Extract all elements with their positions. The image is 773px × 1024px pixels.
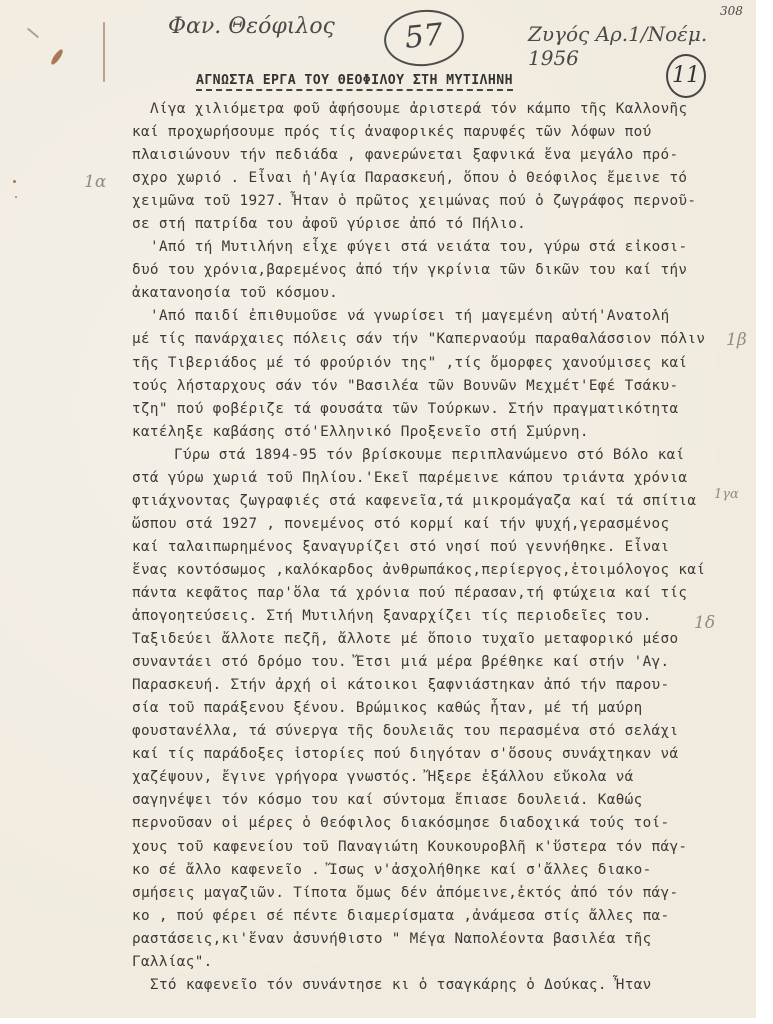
text-line: καί τίς παράδοξες ἱστορίες πού διηγόταν … bbox=[132, 743, 732, 766]
text-line: Παρασκευή. Στήν ἀρχή οἱ κάτοικοι ξαφνιάσ… bbox=[132, 674, 732, 697]
handwritten-source-note: Ζυγός Αρ.1/Νοέμ. 1956 bbox=[528, 22, 756, 70]
punch-mark bbox=[103, 22, 105, 82]
rust-stain bbox=[49, 48, 64, 66]
text-line: περνοῦσαν οἱ μέρες ὁ Θεόφιλος διακόσμησε… bbox=[132, 812, 732, 835]
text-line: κατέληξε καβάσης στό'Ελληνικό Προξενεῖο … bbox=[132, 421, 732, 444]
text-line: κο σέ ἄλλο καφενεῖο . Ἴσως ν'ἀσχολήθηκε … bbox=[132, 859, 732, 882]
text-line: Γαλλίας". bbox=[132, 951, 732, 974]
text-line: Στό καφενεῖο τόν συνάντησε κι ὁ τσαγκάρη… bbox=[132, 974, 732, 997]
handwritten-folio-number: 308 bbox=[720, 4, 743, 18]
rust-dot bbox=[15, 196, 17, 198]
text-line: Ταξιδεύει ἄλλοτε πεζῆ, ἄλλοτε μέ ὅποιο τ… bbox=[132, 628, 732, 651]
document-page: Φαν. Θεόφιλος 57 Ζυγός Αρ.1/Νοέμ. 1956 3… bbox=[0, 0, 756, 1018]
text-line: χαζέψουν, ἔγινε γρήγορα γνωστός. Ἤξερε ἐ… bbox=[132, 766, 732, 789]
text-line: ἕνας κοντόσωμος ,καλόκαρδος ἀνθρωπάκος,π… bbox=[132, 559, 732, 582]
punch-mark bbox=[27, 28, 39, 39]
margin-note: 1α bbox=[84, 172, 106, 192]
text-line: καί προχωρήσουμε πρός τίς ἀναφορικές παρ… bbox=[132, 121, 732, 144]
text-line: δυό του χρόνια,βαρεμένος ἀπό τήν γκρίνια… bbox=[132, 259, 732, 282]
handwritten-author-note: Φαν. Θεόφιλος bbox=[168, 14, 335, 39]
text-line: τζη" πού φοβέριζε τά φουσάτα τῶν Τούρκων… bbox=[132, 398, 732, 421]
handwritten-item-number: 57 bbox=[381, 6, 466, 70]
text-line: μέ τίς πανάρχαιες πόλεις σάν τήν "Καπερν… bbox=[132, 328, 732, 351]
document-title: ΑΓΝΩΣΤΑ ΕΡΓΑ ΤΟΥ ΘΕΟΦΙΛΟΥ ΣΤΗ ΜΥΤΙΛΗΝΗ bbox=[196, 73, 513, 91]
text-line: ἀπογοητεύσεις. Στή Μυτιλήνη ξαναρχίζει τ… bbox=[132, 605, 732, 628]
text-line: 'Από τή Μυτιλήνη εἶχε φύγει στά νειάτα τ… bbox=[132, 236, 732, 259]
text-line: σαγηνέψει τόν κόσμο του καί σύντομα ἔπια… bbox=[132, 789, 732, 812]
text-line: σμήσεις μαγαζιῶν. Τίποτα ὅμως δέν ἀπόμει… bbox=[132, 882, 732, 905]
text-line: χειμῶνα τοῦ 1927. Ἦταν ὁ πρῶτος χειμώνας… bbox=[132, 190, 732, 213]
text-line: πάντα κεφᾶτος παρ'ὅλα τά χρόνια πού πέρα… bbox=[132, 582, 732, 605]
rust-dot bbox=[13, 180, 16, 183]
text-line: σχρο χωριό . Εἶναι ἡ'Αγία Παρασκευή, ὅπο… bbox=[132, 167, 732, 190]
handwritten-page-number: 11 bbox=[666, 54, 706, 98]
text-line: ὥσπου στά 1927 , πονεμένος στό κορμί καί… bbox=[132, 513, 732, 536]
text-line: συναντάει στό δρόμο του. Ἔτσι μιά μέρα β… bbox=[132, 651, 732, 674]
text-line: χους τοῦ καφενείου τοῦ Παναγιώτη Κουκουρ… bbox=[132, 836, 732, 859]
text-line: πλαισιώνουν τήν πεδιάδα , φανερώνεται ξα… bbox=[132, 144, 732, 167]
text-line: 'Από παιδί ἐπιθυμοῦσε νά γνωρίσει τή μαγ… bbox=[132, 305, 732, 328]
text-line: φουστανέλλα, τά σύνεργα τῆς δουλειᾶς του… bbox=[132, 720, 732, 743]
text-line: ἀκατανοησία τοῦ κόσμου. bbox=[132, 282, 732, 305]
text-line: Λίγα χιλιόμετρα φοῦ ἀφήσουμε ἀριστερά τό… bbox=[132, 98, 732, 121]
text-line: σία τοῦ παράξενου ξένου. Βρώμικος καθώς … bbox=[132, 697, 732, 720]
document-body: Λίγα χιλιόμετρα φοῦ ἀφήσουμε ἀριστερά τό… bbox=[132, 98, 732, 997]
text-line: καί ταλαιπωρημένος ξαναγυρίζει στό νησί … bbox=[132, 536, 732, 559]
text-line: στά γύρω χωριά τοῦ Πηλίου.'Εκεῖ παρέμειν… bbox=[132, 467, 732, 490]
text-line: τῆς Τιβεριάδος μέ τό φρούριόν της" ,τίς … bbox=[132, 352, 732, 375]
text-line: ραστάσεις,κι'ἕναν ἀσυνήθιστο " Μέγα Ναπο… bbox=[132, 928, 732, 951]
text-line: κο , πού φέρει σέ πέντε διαμερίσματα ,ἀν… bbox=[132, 905, 732, 928]
text-line: τούς λήσταρχους σάν τόν "Βασιλέα τῶν Βου… bbox=[132, 375, 732, 398]
text-line: Γύρω στά 1894-95 τόν βρίσκουμε περιπλανώ… bbox=[132, 444, 732, 467]
text-line: φτιάχνοντας ζωγραφιές στά καφενεῖα,τά μι… bbox=[132, 490, 732, 513]
text-line: σε στή πατρίδα του ἀφοῦ γύρισε ἀπό τό Πή… bbox=[132, 213, 732, 236]
